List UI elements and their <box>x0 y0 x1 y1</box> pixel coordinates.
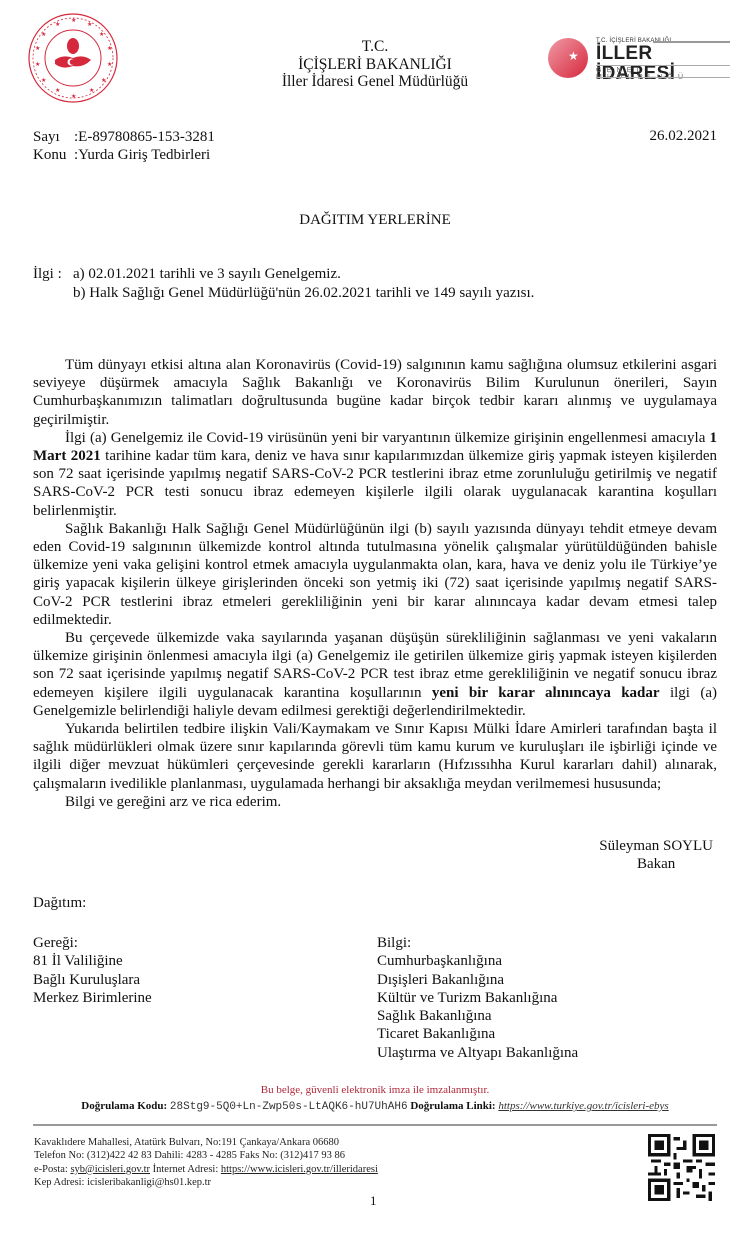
body-paragraph: Yukarıda belirtilen tedbire ilişkin Vali… <box>33 720 717 793</box>
svg-text:★: ★ <box>107 61 112 68</box>
svg-text:★: ★ <box>55 21 60 28</box>
letterhead-directorate: İller İdaresi Genel Müdürlüğü <box>220 73 530 91</box>
distribution-item: Bağlı Kuruluşlara <box>33 971 152 989</box>
page-number: 1 <box>370 1193 377 1209</box>
svg-text:★: ★ <box>41 31 46 38</box>
svg-text:★: ★ <box>107 45 112 52</box>
brand-divider-bottom <box>596 77 730 78</box>
svg-text:★: ★ <box>568 49 579 63</box>
qr-code-icon <box>648 1134 715 1201</box>
document-meta: Sayı:E-89780865-153-3281 Konu:Yurda Giri… <box>33 128 215 164</box>
letterhead: T.C. İÇİŞLERİ BAKANLIĞI İller İdaresi Ge… <box>220 38 530 91</box>
verification-link-label: Doğrulama Linki: <box>410 1100 495 1112</box>
esign-notice: Bu belge, güvenli elektronik imza ile im… <box>0 1084 750 1096</box>
svg-text:★: ★ <box>71 93 76 100</box>
brand-subtitle: GENEL MÜDÜRLÜĞÜ <box>596 67 731 81</box>
distribution-item: Sağlık Bakanlığına <box>377 1007 578 1025</box>
distribution-item: Ticaret Bakanlığına <box>377 1025 578 1043</box>
document-date: 26.02.2021 <box>650 128 718 145</box>
footer-divider <box>33 1124 717 1126</box>
distribution-label: Dağıtım: <box>33 895 86 912</box>
closing-line: Bilgi ve gereğini arz ve rica ederim. <box>33 793 717 811</box>
svg-text:★: ★ <box>89 87 94 94</box>
konu-value: :Yurda Giriş Tedbirleri <box>74 147 210 163</box>
svg-text:★: ★ <box>71 17 76 24</box>
ilgi-item: b) Halk Sağlığı Genel Müdürlüğü'nün 26.0… <box>33 284 534 303</box>
body-paragraph: Bu çerçevede ülkemizde vaka sayılarında … <box>33 629 717 720</box>
signature-block: Süleyman SOYLU Bakan <box>599 837 713 873</box>
footer-email-web: e-Posta: syb@icisleri.gov.tr İnternet Ad… <box>34 1163 378 1176</box>
letterhead-ministry: İÇİŞLERİ BAKANLIĞI <box>220 56 530 74</box>
ilgi-label: İlgi : <box>33 265 73 284</box>
svg-text:★: ★ <box>35 45 40 52</box>
distribution-item: Ulaştırma ve Altyapı Bakanlığına <box>377 1044 578 1062</box>
svg-text:★: ★ <box>35 61 40 68</box>
gereği-heading: Gereği: <box>33 934 152 952</box>
svg-text:★: ★ <box>101 77 106 84</box>
svg-text:★: ★ <box>99 31 104 38</box>
svg-text:★: ★ <box>87 21 92 28</box>
distribution-gerekli: Gereği: 81 İl Valiliğine Bağlı Kuruluşla… <box>33 934 152 1007</box>
konu-row: Konu:Yurda Giriş Tedbirleri <box>33 146 215 164</box>
ilgi-item: a) 02.01.2021 tarihli ve 3 sayılı Genelg… <box>73 266 341 282</box>
recipient-title: DAĞITIM YERLERİNE <box>0 212 750 229</box>
reference-block: İlgi :a) 02.01.2021 tarihli ve 3 sayılı … <box>33 265 534 303</box>
iller-idaresi-logo: ★ T.C. İÇİŞLERİ BAKANLIĞI İLLER İDARESİ … <box>546 36 731 80</box>
website-link[interactable]: https://www.icisleri.gov.tr/illeridaresi <box>221 1164 378 1175</box>
body-paragraph: İlgi (a) Genelgemiz ile Covid-19 virüsün… <box>33 429 717 520</box>
verification-link[interactable]: https://www.turkiye.gov.tr/icisleri-ebys <box>498 1100 668 1112</box>
verification-code: 28Stg9-5Q0+Ln-Zwp50s-LtAQK6-hU7UhAH6 <box>170 1101 408 1113</box>
verification-code-label: Doğrulama Kodu: <box>81 1100 167 1112</box>
svg-text:★: ★ <box>55 87 60 94</box>
distribution-bilgi: Bilgi: Cumhurbaşkanlığına Dışişleri Baka… <box>377 934 578 1062</box>
distribution-item: Merkez Birimlerine <box>33 989 152 1007</box>
footer-kep: Kep Adresi: icisleribakanligi@hs01.kep.t… <box>34 1176 378 1189</box>
body-paragraph: Sağlık Bakanlığı Halk Sağlığı Genel Müdü… <box>33 520 717 629</box>
sayi-row: Sayı:E-89780865-153-3281 <box>33 128 215 146</box>
konu-label: Konu <box>33 146 74 164</box>
footer-phone: Telefon No: (312)422 42 83 Dahili: 4283 … <box>34 1149 378 1162</box>
verification-line: Doğrulama Kodu: 28Stg9-5Q0+Ln-Zwp50s-LtA… <box>0 1100 750 1113</box>
signatory-name: Süleyman SOYLU <box>599 837 713 855</box>
brand-divider <box>596 65 730 66</box>
footer-address: Kavaklıdere Mahallesi, Atatürk Bulvarı, … <box>34 1136 378 1149</box>
sayi-label: Sayı <box>33 128 74 146</box>
distribution-item: 81 İl Valiliğine <box>33 952 152 970</box>
sayi-value: :E-89780865-153-3281 <box>74 129 215 145</box>
svg-text:★: ★ <box>41 77 46 84</box>
highlight-phrase: yeni bir karar alınıncaya kadar <box>432 685 660 701</box>
footer-contact: Kavaklıdere Mahallesi, Atatürk Bulvarı, … <box>34 1136 378 1190</box>
brand-top-line <box>653 41 730 43</box>
ministry-seal-icon: ★★★★ ★★★★ ★★★★ ★★ <box>27 12 119 104</box>
distribution-item: Kültür ve Turizm Bakanlığına <box>377 989 578 1007</box>
distribution-item: Cumhurbaşkanlığına <box>377 952 578 970</box>
signatory-title: Bakan <box>599 855 713 873</box>
bilgi-heading: Bilgi: <box>377 934 578 952</box>
crescent-star-icon: ★ <box>546 36 592 80</box>
distribution-item: Dışişleri Bakanlığına <box>377 971 578 989</box>
body-paragraph: Tüm dünyayı etkisi altına alan Koronavir… <box>33 356 717 429</box>
letter-body: Tüm dünyayı etkisi altına alan Koronavir… <box>33 356 717 811</box>
email-link[interactable]: syb@icisleri.gov.tr <box>70 1164 150 1175</box>
letterhead-tc: T.C. <box>220 38 530 56</box>
